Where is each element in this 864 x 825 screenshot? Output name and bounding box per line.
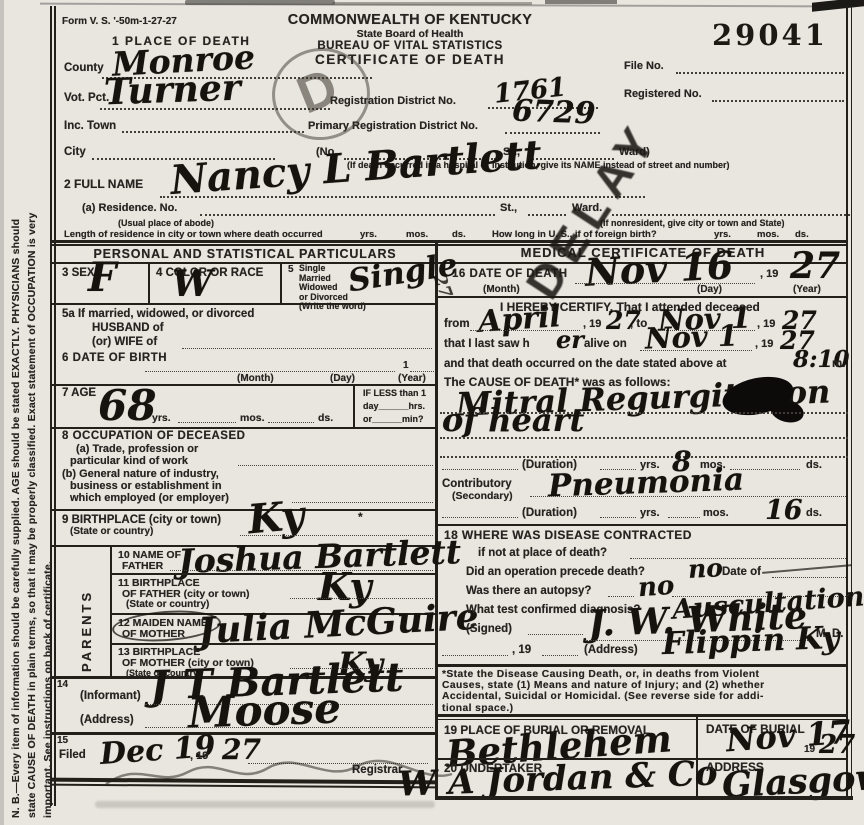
duration2-leader xyxy=(600,517,636,518)
father-birthplace-value: Ky xyxy=(318,568,371,606)
cause-line xyxy=(440,437,848,439)
color-race-value: W xyxy=(172,266,212,302)
inc-town-line xyxy=(122,131,304,133)
age-mos-label: mos. xyxy=(240,412,265,424)
informant-number: 14 xyxy=(57,679,68,690)
commonwealth-title: COMMONWEALTH OF KENTUCKY xyxy=(255,12,565,28)
signed-leader xyxy=(528,634,583,635)
if-less-day-label: day______hrs. xyxy=(363,401,425,411)
occupation-b-line3: which employed (or employer) xyxy=(70,492,229,504)
occupation-b-line2: business or establishment in xyxy=(70,480,222,492)
primary-district-value: 6729 xyxy=(512,97,596,130)
abode-note: (Usual place of abode) xyxy=(118,218,214,228)
from-19-prefix: , 19 xyxy=(583,318,601,330)
husband-of-label: HUSBAND of xyxy=(92,322,164,334)
death-occurred-label: and that death occurred on the date stat… xyxy=(444,358,726,370)
form-left-border xyxy=(54,6,56,806)
footnote-line: Causes, state (1) Means and nature of In… xyxy=(442,680,848,691)
to-19-prefix: , 19 xyxy=(757,318,775,330)
cell-divider xyxy=(148,264,150,303)
age-value: 68 xyxy=(98,385,156,427)
bottom-border xyxy=(438,796,853,800)
form-number: Form V. S. '-50m-1-27-27 xyxy=(62,16,177,27)
nonresident-note: (If nonresident, give city or town and S… xyxy=(600,218,785,228)
physician-address-value: Flippin Ky xyxy=(662,623,841,660)
voting-precinct-value: Turner xyxy=(103,70,241,111)
cell-divider xyxy=(280,264,282,303)
bureau-subtitle: BUREAU OF VITAL STATISTICS xyxy=(255,40,565,52)
year-one-prefix: 1 xyxy=(403,360,409,371)
father-name-line xyxy=(170,570,433,571)
last-saw-line xyxy=(640,350,752,351)
full-name-value: Nancy L Bartlett xyxy=(169,135,543,201)
occupation-a-line xyxy=(238,465,433,466)
row-divider xyxy=(110,643,437,645)
wife-of-line xyxy=(182,348,432,349)
dod-year-value: 27 xyxy=(790,248,840,284)
if-less-than-label: IF LESS than 1 xyxy=(363,388,426,398)
occupation-b-line1: (b) General nature of industry, xyxy=(62,468,219,480)
inc-town-label: Inc. Town xyxy=(64,120,116,132)
informant-address-label: (Address) xyxy=(80,714,134,726)
last-saw-label: that I last saw h xyxy=(444,338,530,350)
parents-cell-divider xyxy=(110,545,112,676)
duration2-ds-label: ds. xyxy=(806,507,822,519)
cause-of-death-value2: of heart xyxy=(442,404,584,436)
row-divider xyxy=(50,509,437,511)
filed-label: Filed xyxy=(59,749,86,761)
age-subbox-divider xyxy=(353,384,355,427)
footnote-block: *State the Disease Causing Death, or, in… xyxy=(442,669,848,714)
cause-line xyxy=(440,456,848,458)
full-name-label: 2 FULL NAME xyxy=(64,177,143,191)
parents-label: PARENTS xyxy=(79,590,94,672)
occupation-a-line1: (a) Trade, profession or xyxy=(76,443,198,455)
alive-on-label: alive on xyxy=(584,338,627,350)
operation-answer-value: no xyxy=(687,555,723,582)
if-less-min-label: or______min? xyxy=(363,414,424,424)
autopsy-leader xyxy=(608,596,634,597)
row-divider xyxy=(50,303,437,305)
corner-tear-mark xyxy=(812,0,864,12)
file-no-label: File No. xyxy=(624,60,664,72)
burial-19-prefix: 19 xyxy=(804,744,815,755)
filed-number: 15 xyxy=(57,735,68,746)
d-stamp-letter: D xyxy=(289,57,346,127)
torn-edge-mark xyxy=(185,0,335,5)
birthplace-label: 9 BIRTHPLACE (city or town) xyxy=(62,514,221,526)
date-of-death-line xyxy=(575,283,755,284)
footnote-line: Accidental, Suicidal or Homicidal. (See … xyxy=(442,691,848,702)
dod-month-label: (Month) xyxy=(483,284,520,295)
margin-instructions: N. B.—Every item of information should b… xyxy=(8,23,56,818)
registered-no-line xyxy=(712,100,844,102)
footnote-line: *State the Disease Causing Death, or, in… xyxy=(442,669,848,680)
duration2-mos-label: mos. xyxy=(703,507,729,519)
father-name-label2: FATHER xyxy=(122,560,163,572)
age-mos-line xyxy=(268,422,314,423)
date-of-birth-line xyxy=(410,371,434,372)
attended-from-value: April xyxy=(477,302,562,338)
residence-ward-line xyxy=(612,214,850,216)
undertaker-signature-value: W A Jordan & Co xyxy=(398,756,719,801)
duration2-leader xyxy=(442,517,518,518)
dod-year-label: (Year) xyxy=(793,284,821,295)
sex-value: F xyxy=(88,258,116,298)
burial-year-value: 27 xyxy=(819,732,855,758)
autopsy-question-label: Was there an autopsy? xyxy=(466,585,591,597)
disease-contracted-label: 18 WHERE WAS DISEASE CONTRACTED xyxy=(444,528,692,542)
form-right-border xyxy=(851,6,852,800)
duration-ds-label: ds. xyxy=(806,459,822,471)
autopsy-answer-value: no xyxy=(637,573,675,601)
dod-19-prefix: , 19 xyxy=(760,268,778,280)
mos-label: mos. xyxy=(406,229,428,240)
footnote-line: tional space.) xyxy=(442,703,848,714)
signed-address-label: (Address) xyxy=(584,644,638,656)
certificate-number: 29041 xyxy=(712,18,828,52)
operation-question-label: Did an operation precede death? xyxy=(466,566,645,578)
from-label: from xyxy=(444,318,470,330)
if-married-label: 5a If married, widowed, or divorced xyxy=(62,308,254,320)
date-leader xyxy=(542,655,578,656)
row-divider xyxy=(438,296,848,298)
stray-stroke xyxy=(762,564,852,574)
yrs-label: yrs. xyxy=(360,229,377,240)
ds-label: ds. xyxy=(452,229,466,240)
registered-no-label: Registered No. xyxy=(624,88,702,100)
death-certificate-scan: N. B.—Every item of information should b… xyxy=(0,0,864,825)
duration2-leader xyxy=(668,517,700,518)
age-yrs-line xyxy=(178,422,236,423)
not-at-place-label: if not at place of death? xyxy=(478,547,607,559)
yrs-label: yrs. xyxy=(714,229,731,240)
saw-19-prefix: , 19 xyxy=(755,338,773,350)
county-label: County xyxy=(64,62,104,74)
informant-address-line xyxy=(145,727,433,728)
bottom-smudge xyxy=(95,801,435,808)
mos-label: mos. xyxy=(757,229,779,240)
date-leader xyxy=(442,655,508,656)
occupation-b-line xyxy=(292,502,433,503)
residence-line xyxy=(200,214,495,216)
wife-of-label: (or) WIFE of xyxy=(92,336,157,348)
row-divider xyxy=(50,427,437,429)
residence-st-label: St., xyxy=(500,202,517,214)
board-subtitle: State Board of Health xyxy=(255,28,565,40)
residence-label: (a) Residence. No. xyxy=(82,202,177,214)
row-divider xyxy=(438,524,848,526)
marital-number: 5 xyxy=(288,264,294,275)
occupation-a-line2: particular kind of work xyxy=(70,455,188,467)
occupation-label: 8 OCCUPATION OF DECEASED xyxy=(62,430,245,442)
duration2-ds-value: 16 xyxy=(765,497,803,524)
age-label: 7 AGE xyxy=(62,387,96,399)
date-of-label: Date of xyxy=(722,566,761,578)
day-label: (Day) xyxy=(330,373,355,384)
birthplace-value: Ky xyxy=(246,496,305,541)
age-ds-label: ds. xyxy=(318,412,333,424)
torn-edge-mark xyxy=(332,2,532,5)
torn-edge-mark xyxy=(545,0,617,4)
duration2-label: (Duration) xyxy=(522,507,577,519)
duration-leader xyxy=(442,469,518,470)
row-divider xyxy=(438,664,848,667)
informant-label: (Informant) xyxy=(80,690,141,702)
date-of-birth-label: 6 DATE OF BIRTH xyxy=(62,352,167,364)
row-divider xyxy=(110,573,437,575)
stray-asterisk: * xyxy=(358,510,363,524)
month-label: (Month) xyxy=(237,373,274,384)
contributory-label: Contributory xyxy=(442,478,512,490)
date-of-line xyxy=(772,577,846,578)
city-label: City xyxy=(64,146,86,158)
voting-precinct-label: Vot. Pct. xyxy=(64,92,109,104)
scan-edge-shadow xyxy=(0,0,4,825)
dod-day-label: (Day) xyxy=(697,284,722,295)
parents-label-rotated: PARENTS xyxy=(78,547,96,672)
form-left-border xyxy=(50,6,52,806)
birthplace-sub-label: (State or country) xyxy=(70,526,153,537)
last-saw-er-value: er xyxy=(556,328,584,352)
secondary-label: (Secondary) xyxy=(452,490,513,502)
father-birthplace-label3: (State or country) xyxy=(126,599,209,610)
duration2-yrs-label: yrs. xyxy=(640,507,660,519)
age-yrs-label: yrs. xyxy=(152,412,171,424)
margin-instruction-line: N. B.—Every item of information should b… xyxy=(8,23,24,818)
signed-19-prefix: , 19 xyxy=(512,644,531,656)
signed-label: (Signed) xyxy=(466,623,512,635)
last-saw-date-value: Nov 1 xyxy=(645,321,739,353)
death-time-m-label: m. xyxy=(832,358,845,370)
ds-label: ds. xyxy=(795,229,809,240)
year-label: (Year) xyxy=(398,373,426,384)
date-of-birth-line xyxy=(145,371,395,372)
length-residence-label: Length of residence in city or town wher… xyxy=(64,229,323,240)
margin-instruction-line: state CAUSE OF DEATH in plain terms, so … xyxy=(24,23,40,818)
not-at-place-line xyxy=(630,558,846,559)
file-no-line xyxy=(676,72,844,74)
